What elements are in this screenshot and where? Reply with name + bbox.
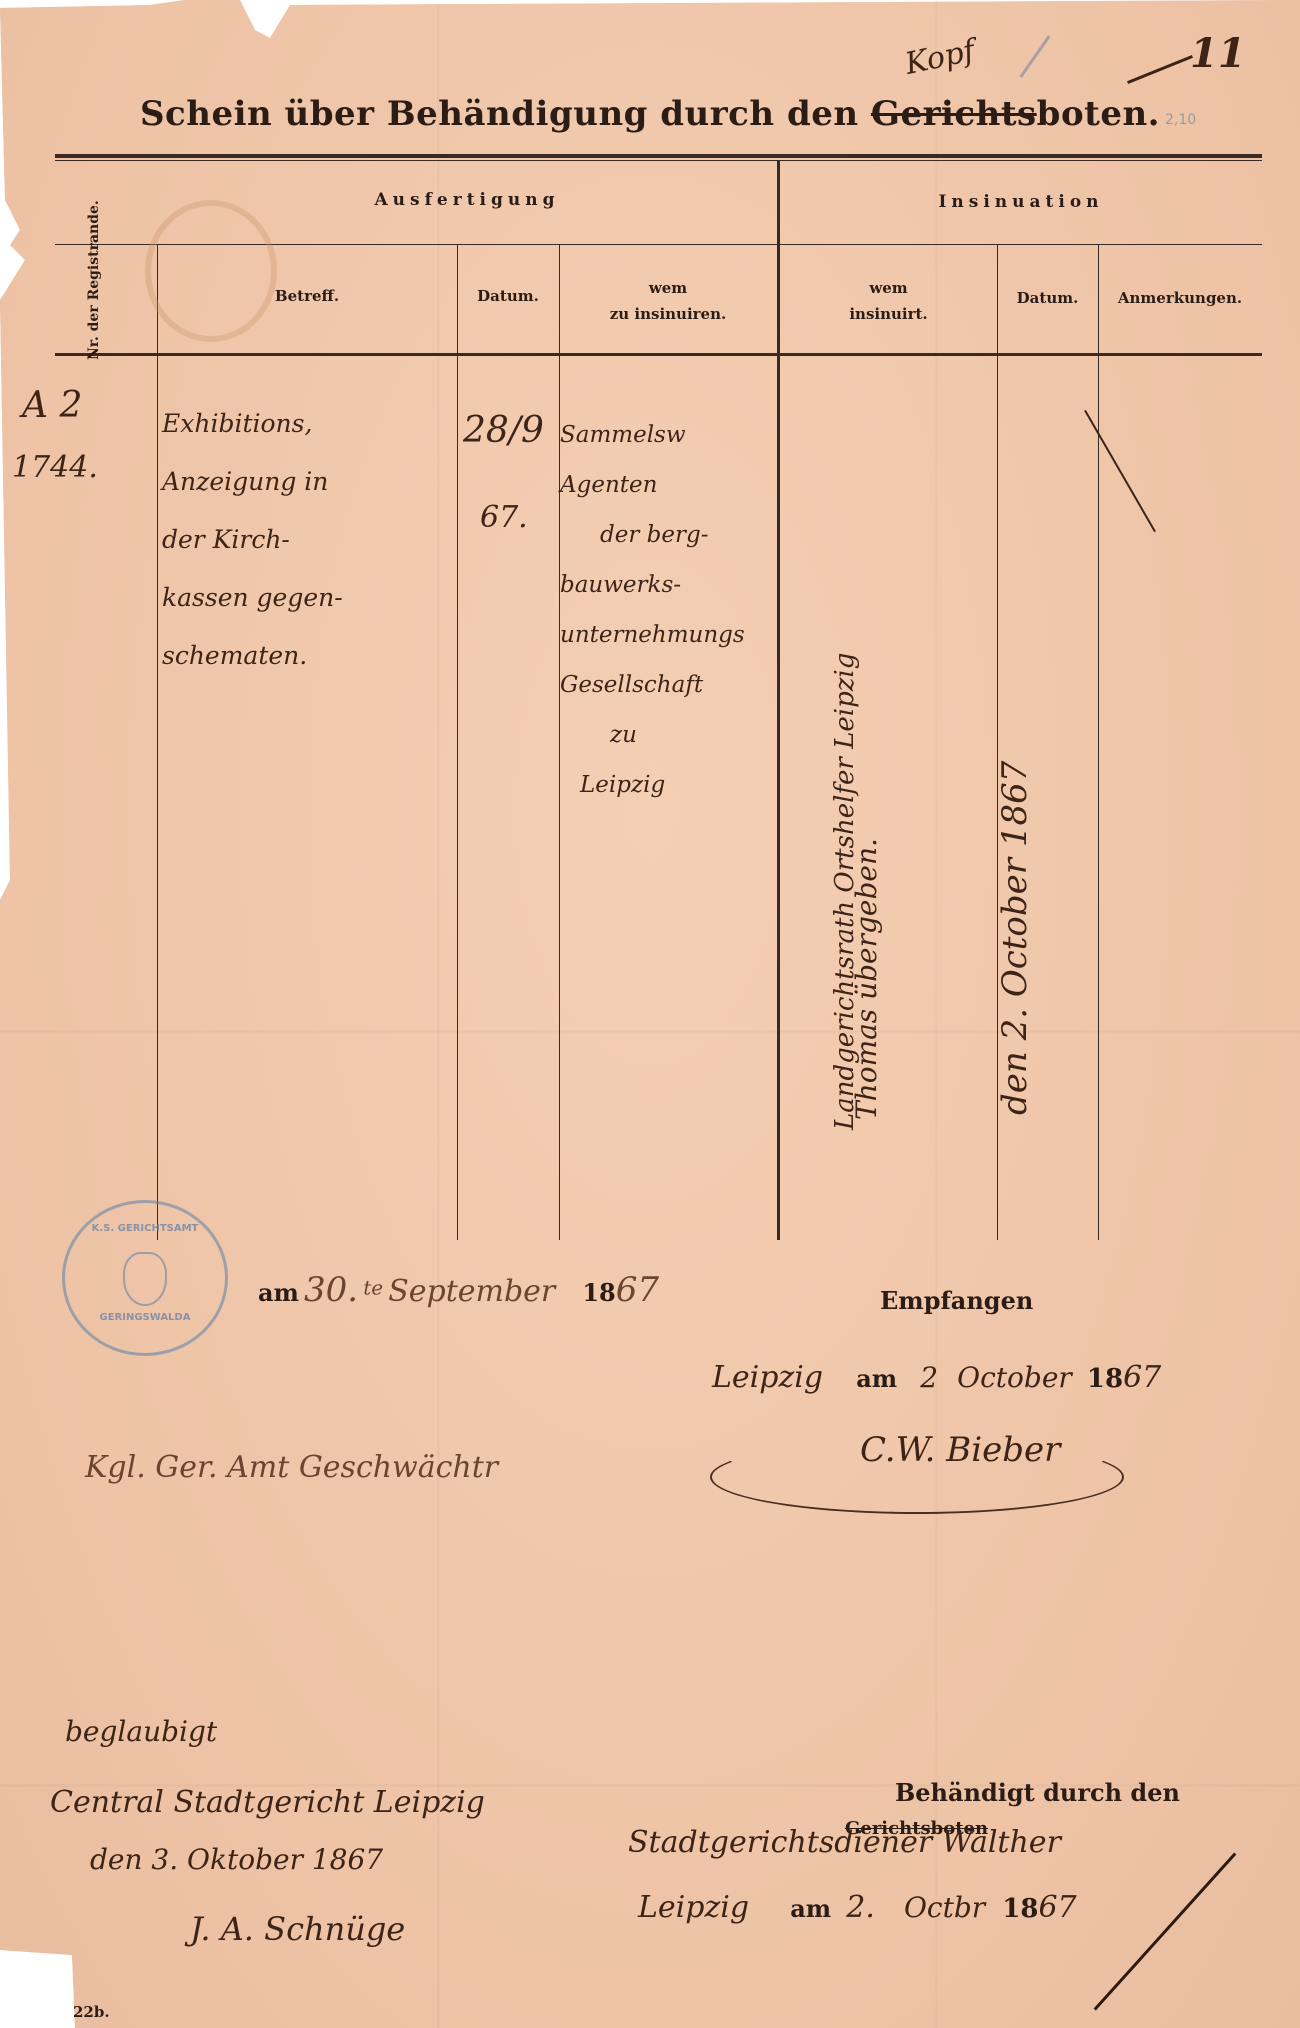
behaendigt-day: 2. (846, 1890, 875, 1925)
empfangen-year-printed: 18 (1087, 1364, 1123, 1394)
court-stamp: K.S. GERICHTSAMT GERINGSWALDA (62, 1200, 228, 1356)
empfangen-year-hand: 67 (1123, 1360, 1161, 1395)
stamp-text-bottom: GERINGSWALDA (65, 1312, 225, 1323)
cell-anmerkungen (1098, 356, 1262, 1240)
annotation-top-number: 11 (1190, 30, 1246, 77)
betreff-line: schematen. (162, 627, 462, 685)
date-am-label: am (258, 1278, 299, 1307)
cell-wem-zu-insinuiren: Sammelsw Agenten der berg- bauwerks- unt… (560, 410, 780, 810)
betreff-line: kassen gegen- (162, 569, 462, 627)
behaendigt-year-printed: 18 (1002, 1894, 1038, 1924)
date-year-printed: 18 (582, 1278, 615, 1307)
behaendigt-date-line: Leipzig am 2. Octbr 1867 (638, 1890, 1077, 1925)
title-text-end: boten. (1037, 94, 1160, 134)
betreff-line: Anzeigung in (162, 453, 462, 511)
wem-zu-line: unternehmungs (560, 610, 780, 660)
cell-datum-line1: 28/9 (463, 410, 544, 451)
wem-zu-line: Agenten (560, 460, 780, 510)
header-wem-zu-insinuiren: wem zu insinuiren. (559, 275, 777, 327)
date-superscript: te (363, 1276, 383, 1300)
table-top-rule-thin (55, 160, 1262, 161)
empfangen-day: 2 (920, 1361, 938, 1394)
empfangen-label: Empfangen (880, 1286, 1033, 1315)
empfangen-am-label: am (856, 1364, 897, 1393)
table-top-rule (55, 154, 1262, 158)
cell-wem-insinuirt-line2: Thomas übergeben. (850, 560, 890, 1120)
header-datum-2: Datum. (997, 289, 1098, 307)
behaendigt-place: Leipzig (638, 1890, 749, 1925)
coat-of-arms-icon (123, 1252, 167, 1306)
header-line: insinuirt. (780, 301, 997, 327)
faded-seal-stamp (145, 200, 277, 342)
betreff-line: Exhibitions, (162, 395, 462, 453)
section-ausfertigung: Ausfertigung (157, 190, 777, 210)
header-wem-insinuirt: wem insinuirt. (780, 275, 997, 327)
empfangen-month: October (957, 1361, 1072, 1394)
section-insinuation: Insinuation (780, 192, 1262, 212)
wem-zu-line: zu (560, 710, 780, 760)
behaendigt-label: Behändigt durch den (895, 1778, 1180, 1807)
beglaubigt-signature: J. A. Schnüge (190, 1910, 405, 1948)
left-signature: Kgl. Ger. Amt Geschwächtr (85, 1450, 498, 1485)
beglaubigt-line3: den 3. Oktober 1867 (90, 1843, 383, 1876)
cell-nr-line1: A 2 (22, 385, 82, 426)
behaendigt-handwritten: Stadtgerichtsdiener Walther (628, 1825, 1061, 1860)
wem-zu-line: der berg- (560, 510, 780, 560)
date-day: 30. (304, 1270, 358, 1310)
title-struck-word: Gerichts (871, 94, 1037, 134)
wem-zu-line: Sammelsw (560, 410, 780, 460)
title-text: Schein über Behändigung durch den (140, 94, 871, 134)
betreff-line: der Kirch- (162, 511, 462, 569)
behaendigt-month: Octbr (904, 1891, 985, 1924)
header-datum: Datum. (457, 287, 559, 305)
signature-flourish (710, 1440, 1124, 1514)
header-anmerkungen: Anmerkungen. (1098, 289, 1262, 307)
cell-datum-line2: 67. (480, 500, 528, 535)
cell-datum-insinuation: den 2. October 1867 (995, 515, 1045, 1115)
wem-zu-line: bauwerks- (560, 560, 780, 610)
date-month: September (388, 1274, 555, 1309)
header-nr-registrande: Nr. der Registrande. (85, 250, 125, 360)
cell-betreff: Exhibitions, Anzeigung in der Kirch- kas… (162, 395, 462, 685)
column-line-nr (157, 245, 158, 1240)
header-bottom-rule (55, 353, 1262, 356)
form-number: 22b. (73, 2003, 110, 2021)
header-line: zu insinuiren. (559, 301, 777, 327)
document-title: Schein über Behändigung durch den Gerich… (0, 94, 1300, 134)
wem-zu-line: Gesellschaft (560, 660, 780, 710)
empfangen-date-line: Leipzig am 2 October 1867 (712, 1360, 1161, 1395)
empfangen-place: Leipzig (712, 1360, 823, 1395)
cell-nr-line2: 1744. (12, 450, 98, 485)
wem-zu-line: Leipzig (560, 760, 780, 810)
stamp-text-top: K.S. GERICHTSAMT (65, 1223, 225, 1234)
behaendigt-am-label: am (790, 1894, 831, 1923)
behaendigt-year-hand: 67 (1038, 1890, 1076, 1925)
date-year-hand: 67 (616, 1270, 659, 1310)
beglaubigt-line2: Central Stadtgericht Leipzig (50, 1785, 485, 1820)
pencil-note: 2,10 (1165, 112, 1196, 128)
header-line: wem (559, 275, 777, 301)
issue-date-line: am 30. te September 1867 (258, 1270, 659, 1310)
header-line: wem (780, 275, 997, 301)
beglaubigt-line1: beglaubigt (65, 1715, 217, 1748)
